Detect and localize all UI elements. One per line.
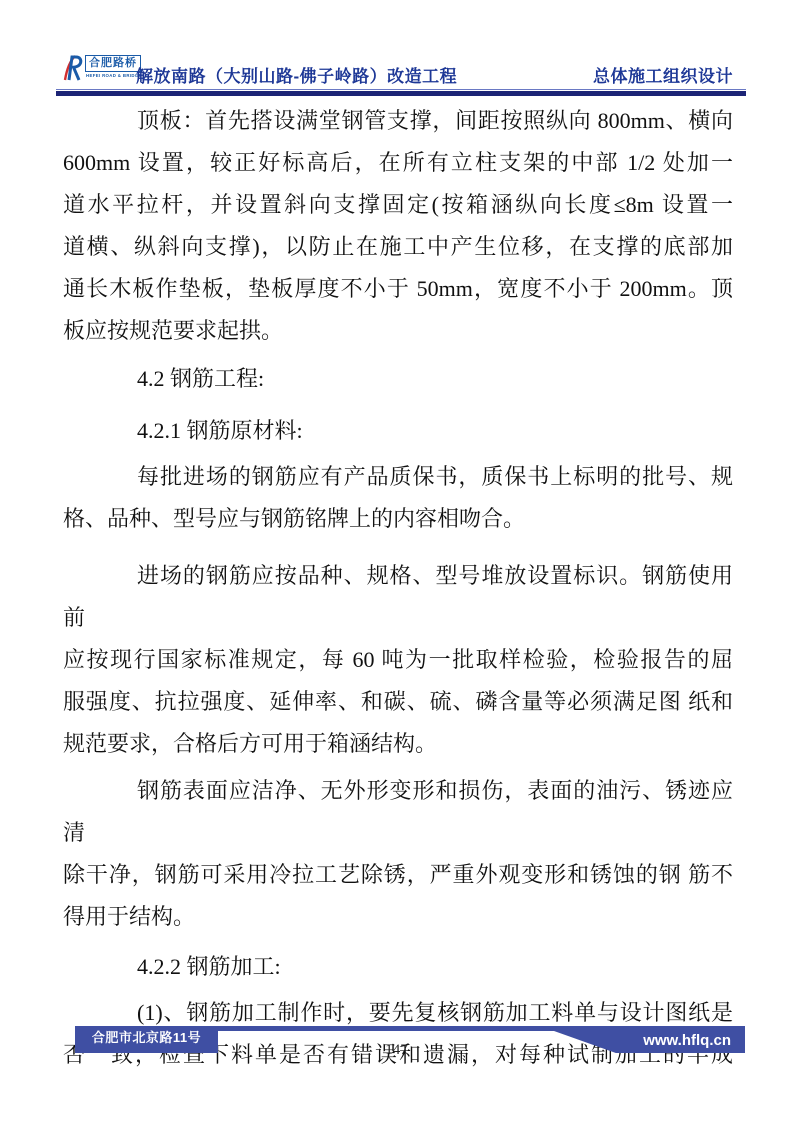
document-body: 顶板：首先搭设满堂钢管支撑，间距按照纵向 800mm、横向600mm 设置，较正…	[63, 100, 733, 1076]
text-line: 4.2 钢筋工程:	[63, 358, 733, 400]
text-line: 格、品种、型号应与钢筋铭牌上的内容相吻合。	[63, 498, 733, 540]
text-line: 板应按规范要求起拱。	[63, 310, 733, 352]
text-line: 通长木板作垫板，垫板厚度不小于 50mm，宽度不小于 200mm。顶	[63, 268, 733, 310]
text-line: 每批进场的钢筋应有产品质保书，质保书上标明的批号、规	[63, 456, 733, 498]
paragraph: 顶板：首先搭设满堂钢管支撑，间距按照纵向 800mm、横向600mm 设置，较正…	[63, 100, 733, 352]
logo-company-name: 合肥路桥	[85, 55, 141, 72]
text-line: 得用于结构。	[63, 896, 733, 938]
paragraph: 每批进场的钢筋应有产品质保书，质保书上标明的批号、规格、品种、型号应与钢筋铭牌上…	[63, 456, 733, 540]
text-line: 规范要求，合格后方可用于箱涵结构。	[63, 723, 733, 765]
company-logo: 合肥路桥 HEFEI ROAD & BRIDGE	[63, 53, 143, 87]
text-line: 4.2.2 钢筋加工:	[63, 946, 733, 988]
section-heading: 4.2.2 钢筋加工:	[63, 946, 733, 988]
text-line: 应按现行国家标准规定，每 60 吨为一批取样检验，检验报告的屈	[63, 639, 733, 681]
logo-r-icon	[63, 54, 83, 82]
header-rule	[56, 89, 746, 96]
text-line: 服强度、抗拉强度、延伸率、和碳、硫、磷含量等必须满足图 纸和	[63, 681, 733, 723]
text-line: 道横、纵斜向支撑)，以防止在施工中产生位移，在支撑的底部加	[63, 226, 733, 268]
text-line: 进场的钢筋应按品种、规格、型号堆放设置标识。钢筋使用 前	[63, 555, 733, 639]
text-line: 除干净，钢筋可采用冷拉工艺除锈，严重外观变形和锈蚀的钢 筋不	[63, 854, 733, 896]
text-line: 顶板：首先搭设满堂钢管支撑，间距按照纵向 800mm、横向	[63, 100, 733, 142]
section-heading: 4.2.1 钢筋原材料:	[63, 410, 733, 452]
document-page: 合肥路桥 HEFEI ROAD & BRIDGE 解放南路（大别山路-佛子岭路）…	[0, 0, 793, 1122]
text-line: 钢筋表面应洁净、无外形变形和损伤，表面的油污、锈迹应 清	[63, 770, 733, 854]
logo-company-subtitle: HEFEI ROAD & BRIDGE	[86, 74, 142, 78]
text-line: 600mm 设置，较正好标高后，在所有立柱支架的中部 1/2 处加一	[63, 142, 733, 184]
header-document-title: 总体施工组织设计	[593, 66, 733, 88]
page-number: 147	[0, 1042, 793, 1059]
paragraph: 钢筋表面应洁净、无外形变形和损伤，表面的油污、锈迹应 清除干净，钢筋可采用冷拉工…	[63, 770, 733, 938]
section-heading: 4.2 钢筋工程:	[63, 358, 733, 400]
text-line: 4.2.1 钢筋原材料:	[63, 410, 733, 452]
paragraph: 进场的钢筋应按品种、规格、型号堆放设置标识。钢筋使用 前应按现行国家标准规定，每…	[63, 555, 733, 765]
text-line: 道水平拉杆，并设置斜向支撑固定(按箱涵纵向长度≤8m 设置一	[63, 184, 733, 226]
header-project-title: 解放南路（大别山路-佛子岭路）改造工程	[136, 66, 457, 88]
